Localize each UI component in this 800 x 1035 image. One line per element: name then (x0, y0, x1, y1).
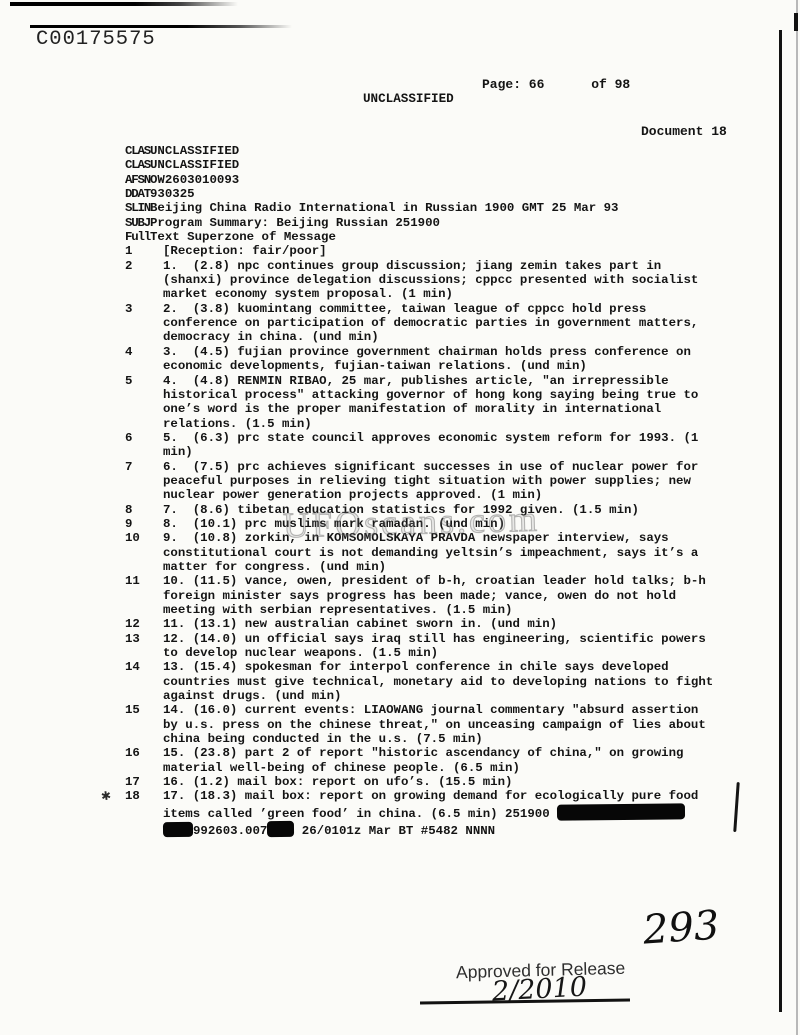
superzone-item: 10 9. (10.8) zorkin, in KOMSOMOLSKAYA PR… (125, 531, 750, 574)
item-text: 16. (1.2) mail box: report on ufo’s. (15… (163, 775, 745, 789)
item-text: 3. (4.5) fujian province government chai… (163, 345, 745, 374)
superzone-item: 1 [Reception: fair/poor] (125, 244, 750, 258)
superzone-item: 9 8. (10.1) prc muslims mark ramadan. (u… (125, 517, 750, 531)
item-sequence-number: 11 (125, 574, 163, 617)
superzone-item: 12 11. (13.1) new australian cabinet swo… (125, 617, 750, 631)
header-field-line: SUBJ Program Summary: Beijing Russian 25… (125, 216, 750, 230)
item-sequence-number: 5 (125, 374, 163, 431)
superzone-item: 11 10. (11.5) vance, owen, president of … (125, 574, 750, 617)
item-text: 8. (10.1) prc muslims mark ramadan. (und… (163, 517, 745, 531)
superzone-item: 6 5. (6.3) prc state council approves ec… (125, 431, 750, 460)
item-sequence-number: 10 (125, 531, 163, 574)
item-sequence-number: 1 (125, 244, 163, 258)
header-field-label: Full (125, 230, 150, 244)
item-text: 17. (18.3) mail box: report on growing d… (163, 789, 745, 838)
item-sequence-number: 17 (125, 775, 163, 789)
scan-artifact-page-edge (796, 0, 798, 1035)
header-field-line: DDAT 930325 (125, 187, 750, 201)
item-text: 4. (4.8) RENMIN RIBAO, 25 mar, publishes… (163, 374, 745, 431)
superzone-item: 16 15. (23.8) part 2 of report "historic… (125, 746, 750, 775)
item-sequence-number: 12 (125, 617, 163, 631)
item-sequence-number: 13 (125, 632, 163, 661)
page-number-label: Page: 66 of 98 (482, 77, 630, 92)
superzone-item-list: 1 [Reception: fair/poor] 2 1. (2.8) npc … (125, 244, 750, 838)
scanned-document-page: C00175575 Page: 66 of 98 UNCLASSIFIED Do… (0, 0, 800, 1035)
header-field-line: AFSN OW2603010093 (125, 173, 750, 187)
item-sequence-number: 15 (125, 703, 163, 746)
header-field-line: CLAS UNCLASSIFIED (125, 144, 750, 158)
item-text: 7. (8.6) tibetan education statistics fo… (163, 503, 745, 517)
item-text: 9. (10.8) zorkin, in KOMSOMOLSKAYA PRAVD… (163, 531, 745, 574)
header-field-label: DDAT (125, 187, 150, 201)
superzone-item: 4 3. (4.5) fujian province government ch… (125, 345, 750, 374)
superzone-item: 3 2. (3.8) kuomintang committee, taiwan … (125, 302, 750, 345)
header-field-label: SLIN (125, 201, 150, 215)
superzone-item: 15 14. (16.0) current events: LIAOWANG j… (125, 703, 750, 746)
handwritten-page-number: 293 (641, 902, 720, 953)
superzone-item: 5 4. (4.8) RENMIN RIBAO, 25 mar, publish… (125, 374, 750, 431)
header-field-label: AFSN (125, 173, 150, 187)
item-text: 1. (2.8) npc continues group discussion;… (163, 259, 745, 302)
redaction-box (163, 822, 193, 837)
header-field-label: SUBJ (125, 216, 150, 230)
scan-artifact-corner-tick (794, 13, 798, 31)
item-sequence-number: 3 (125, 302, 163, 345)
header-field-value: OW2603010093 (150, 173, 239, 187)
item-sequence-number: 6 (125, 431, 163, 460)
item-text: 2. (3.8) kuomintang committee, taiwan le… (163, 302, 745, 345)
header-field-value: Text Superzone of Message (150, 230, 336, 244)
item-text: 5. (6.3) prc state council approves econ… (163, 431, 745, 460)
item-sequence-number: 8 (125, 503, 163, 517)
superzone-item: 8 7. (8.6) tibetan education statistics … (125, 503, 750, 517)
header-field-value: Program Summary: Beijing Russian 251900 (150, 216, 440, 230)
redaction-box (557, 803, 685, 820)
item-sequence-number: 18 (125, 789, 163, 838)
message-header-fields: CLAS UNCLASSIFIED CLAS UNCLASSIFIED AFSN… (125, 144, 750, 244)
item-text: 14. (16.0) current events: LIAOWANG jour… (163, 703, 745, 746)
superzone-item: 14 13. (15.4) spokesman for interpol con… (125, 660, 750, 703)
item-text: 12. (14.0) un official says iraq still h… (163, 632, 745, 661)
redaction-box (267, 821, 294, 837)
header-field-label: CLAS (125, 158, 150, 172)
superzone-item: 7 6. (7.5) prc achieves significant succ… (125, 460, 750, 503)
header-field-value: UNCLASSIFIED (150, 158, 239, 172)
item-text: 11. (13.1) new australian cabinet sworn … (163, 617, 745, 631)
margin-pen-mark: ✱ (100, 788, 112, 803)
header-field-value: 930325 (150, 187, 195, 201)
scan-artifact-vertical-rule (779, 30, 782, 1012)
superzone-item: 18 17. (18.3) mail box: report on growin… (125, 789, 750, 838)
header-field-value: Beijing China Radio International in Rus… (150, 201, 618, 215)
item-text: [Reception: fair/poor] (163, 244, 745, 258)
item-text: 6. (7.5) prc achieves significant succes… (163, 460, 745, 503)
item-sequence-number: 9 (125, 517, 163, 531)
header-field-label: CLAS (125, 144, 150, 158)
header-field-value: UNCLASSIFIED (150, 144, 239, 158)
header-field-line: SLIN Beijing China Radio International i… (125, 201, 750, 215)
item-sequence-number: 4 (125, 345, 163, 374)
item-sequence-number: 14 (125, 660, 163, 703)
item-text: 10. (11.5) vance, owen, president of b-h… (163, 574, 745, 617)
superzone-item: 2 1. (2.8) npc continues group discussio… (125, 259, 750, 302)
message-body: CLAS UNCLASSIFIED CLAS UNCLASSIFIED AFSN… (125, 144, 750, 839)
item-sequence-number: 2 (125, 259, 163, 302)
item-sequence-number: 7 (125, 460, 163, 503)
classification-header: UNCLASSIFIED (363, 92, 454, 106)
item-text: 13. (15.4) spokesman for interpol confer… (163, 660, 745, 703)
header-field-line: Full Text Superzone of Message (125, 230, 750, 244)
document-number-label: Document 18 (641, 124, 727, 139)
header-field-line: CLAS UNCLASSIFIED (125, 158, 750, 172)
scan-id: C00175575 (36, 28, 156, 51)
scan-artifact-line-top (10, 2, 238, 6)
item-sequence-number: 16 (125, 746, 163, 775)
superzone-item: 13 12. (14.0) un official says iraq stil… (125, 632, 750, 661)
item-text: 15. (23.8) part 2 of report "historic as… (163, 746, 745, 775)
superzone-item: 17 16. (1.2) mail box: report on ufo’s. … (125, 775, 750, 789)
